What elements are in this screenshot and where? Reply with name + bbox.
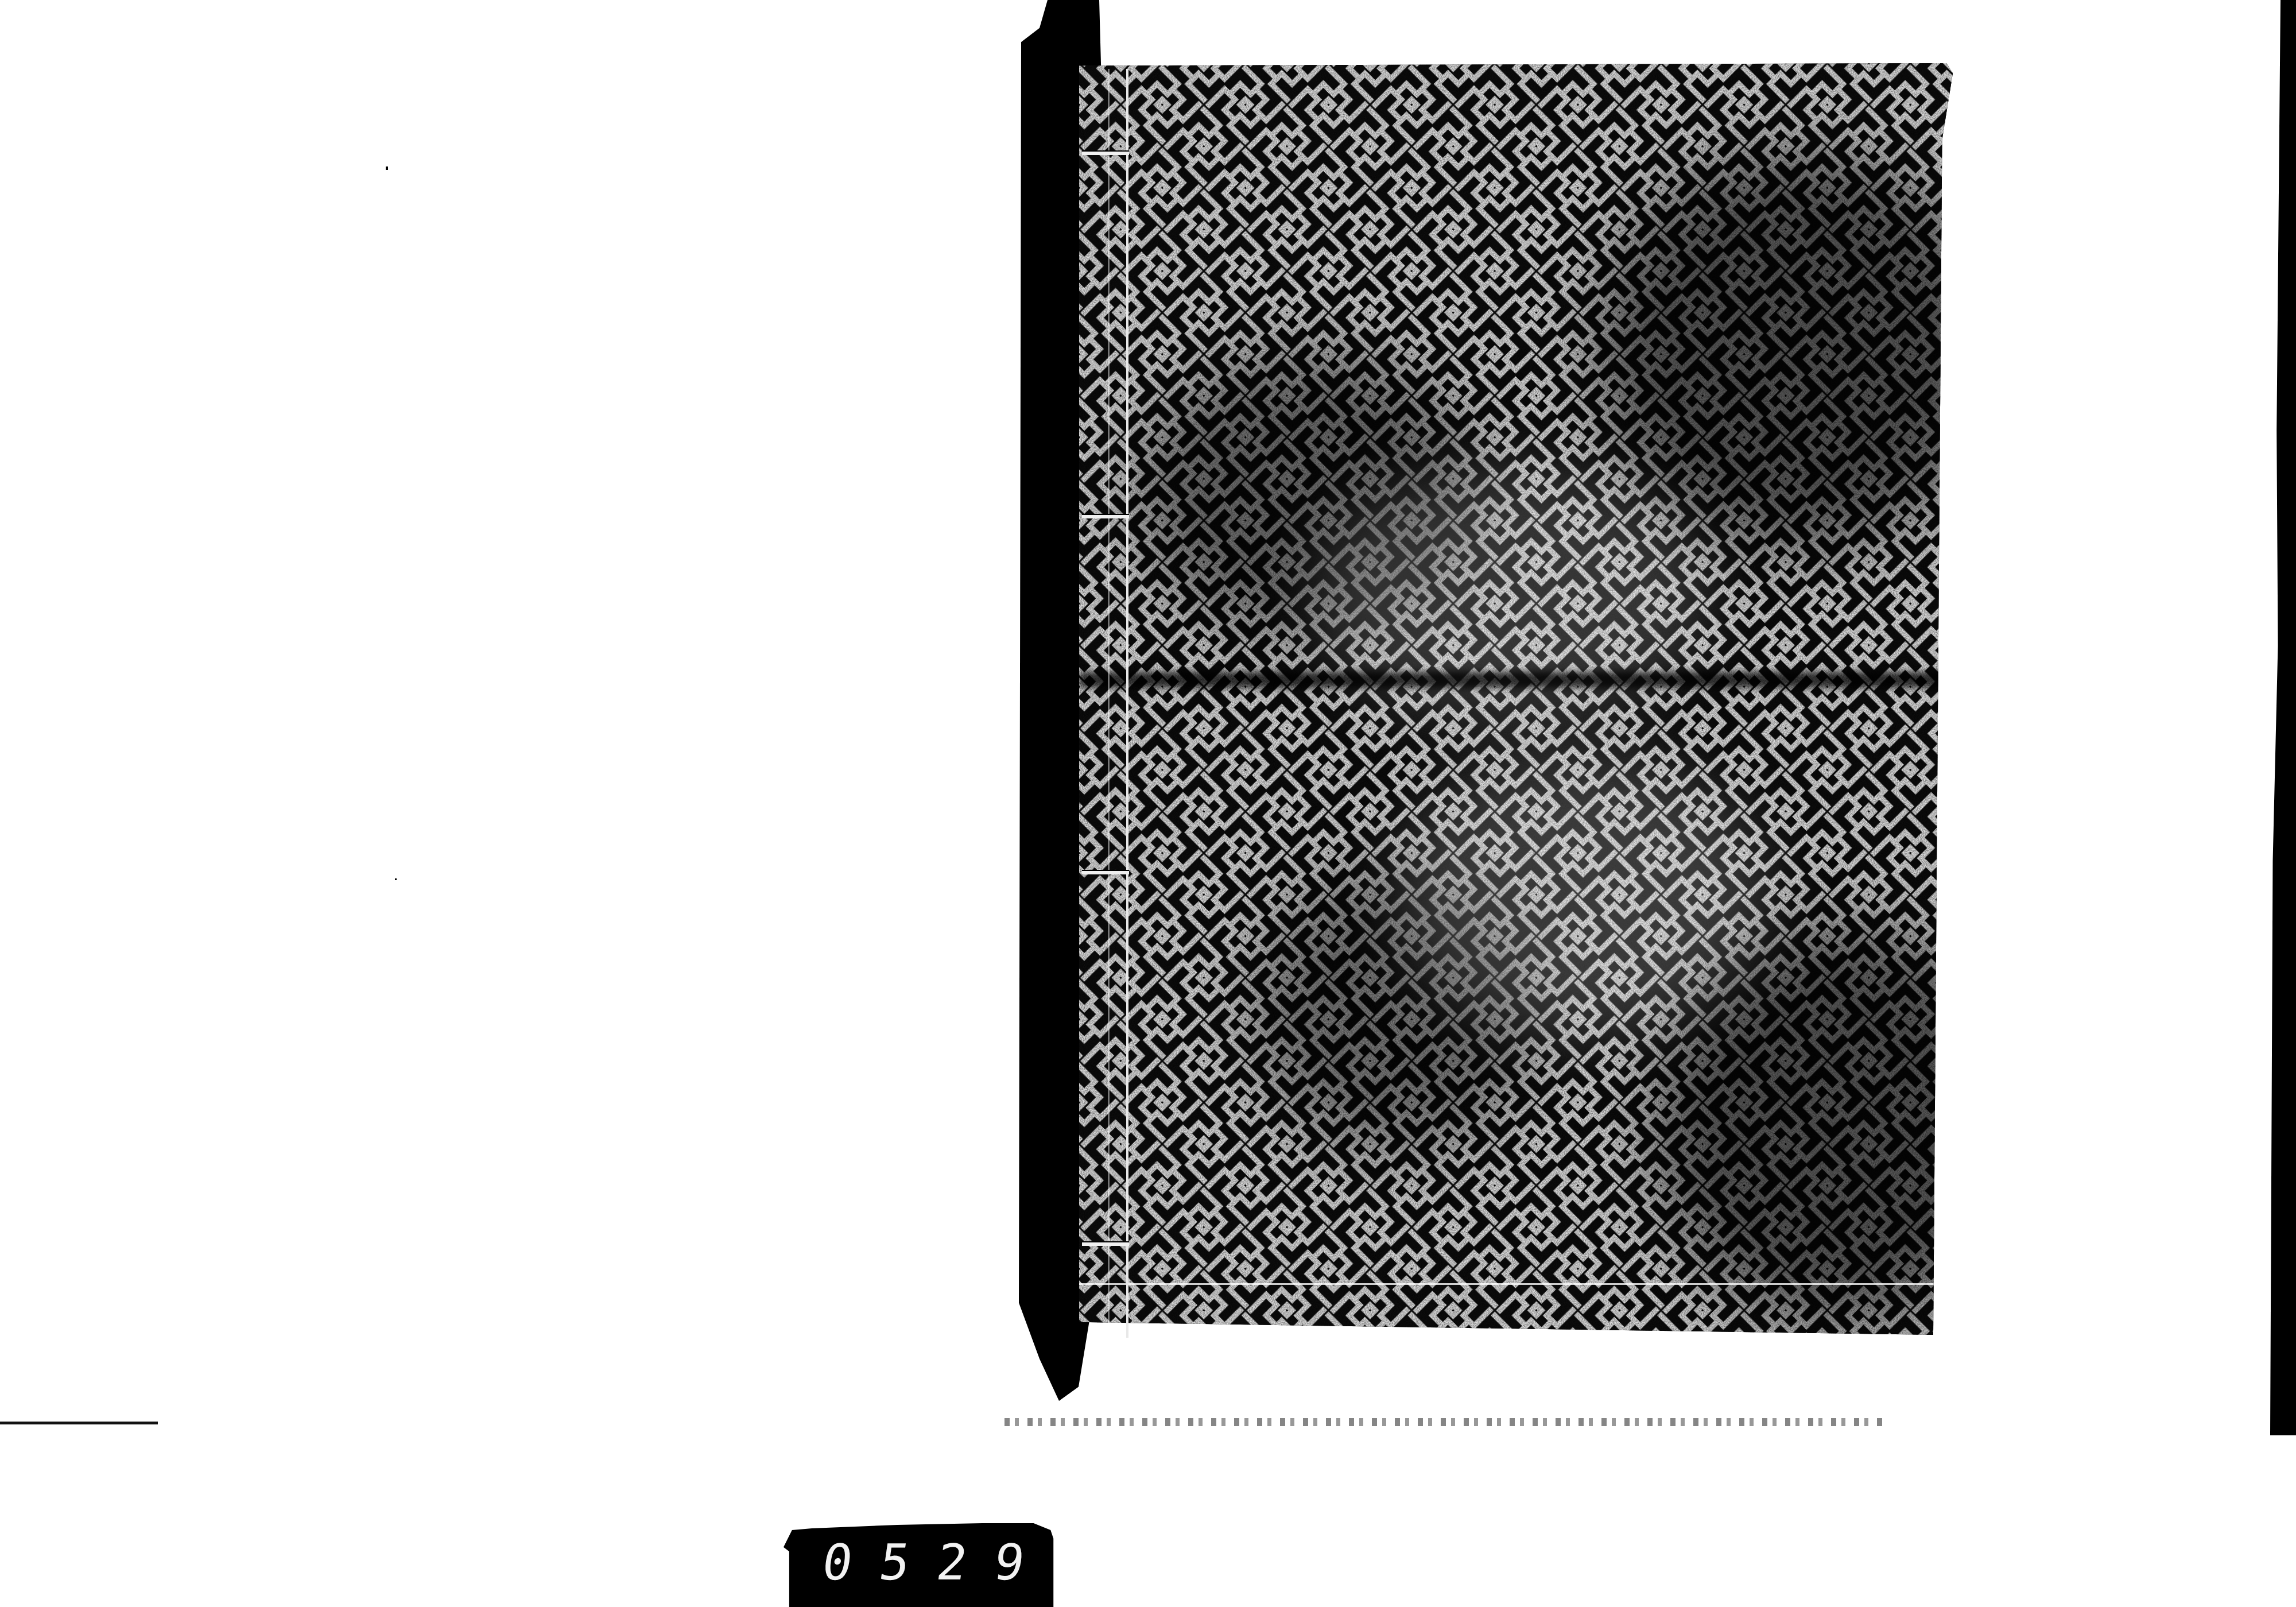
frame-number: 0529 bbox=[819, 1534, 1056, 1591]
left-page-edge-line bbox=[0, 1422, 158, 1424]
binding-thread bbox=[1108, 69, 1110, 1338]
binding-stitch bbox=[1082, 514, 1129, 518]
adjacent-page-fragment bbox=[2270, 0, 2296, 1435]
frame-number-label: 0529 bbox=[784, 1521, 1068, 1607]
cover-edge-line bbox=[1079, 1283, 1969, 1285]
exposure-highlight bbox=[1395, 752, 1768, 1039]
book-cover bbox=[1079, 63, 1969, 1335]
scan-canvas: 0529 bbox=[0, 0, 2296, 1607]
binding-thread bbox=[1126, 69, 1128, 1338]
cover-crease bbox=[1079, 672, 1969, 688]
dust-speck bbox=[395, 878, 397, 880]
binding-stitch bbox=[1082, 150, 1129, 155]
binding-stitch bbox=[1082, 870, 1129, 874]
page-block-edge bbox=[1004, 1418, 1883, 1426]
binding-stitch bbox=[1082, 1241, 1129, 1246]
dust-speck bbox=[386, 166, 388, 170]
